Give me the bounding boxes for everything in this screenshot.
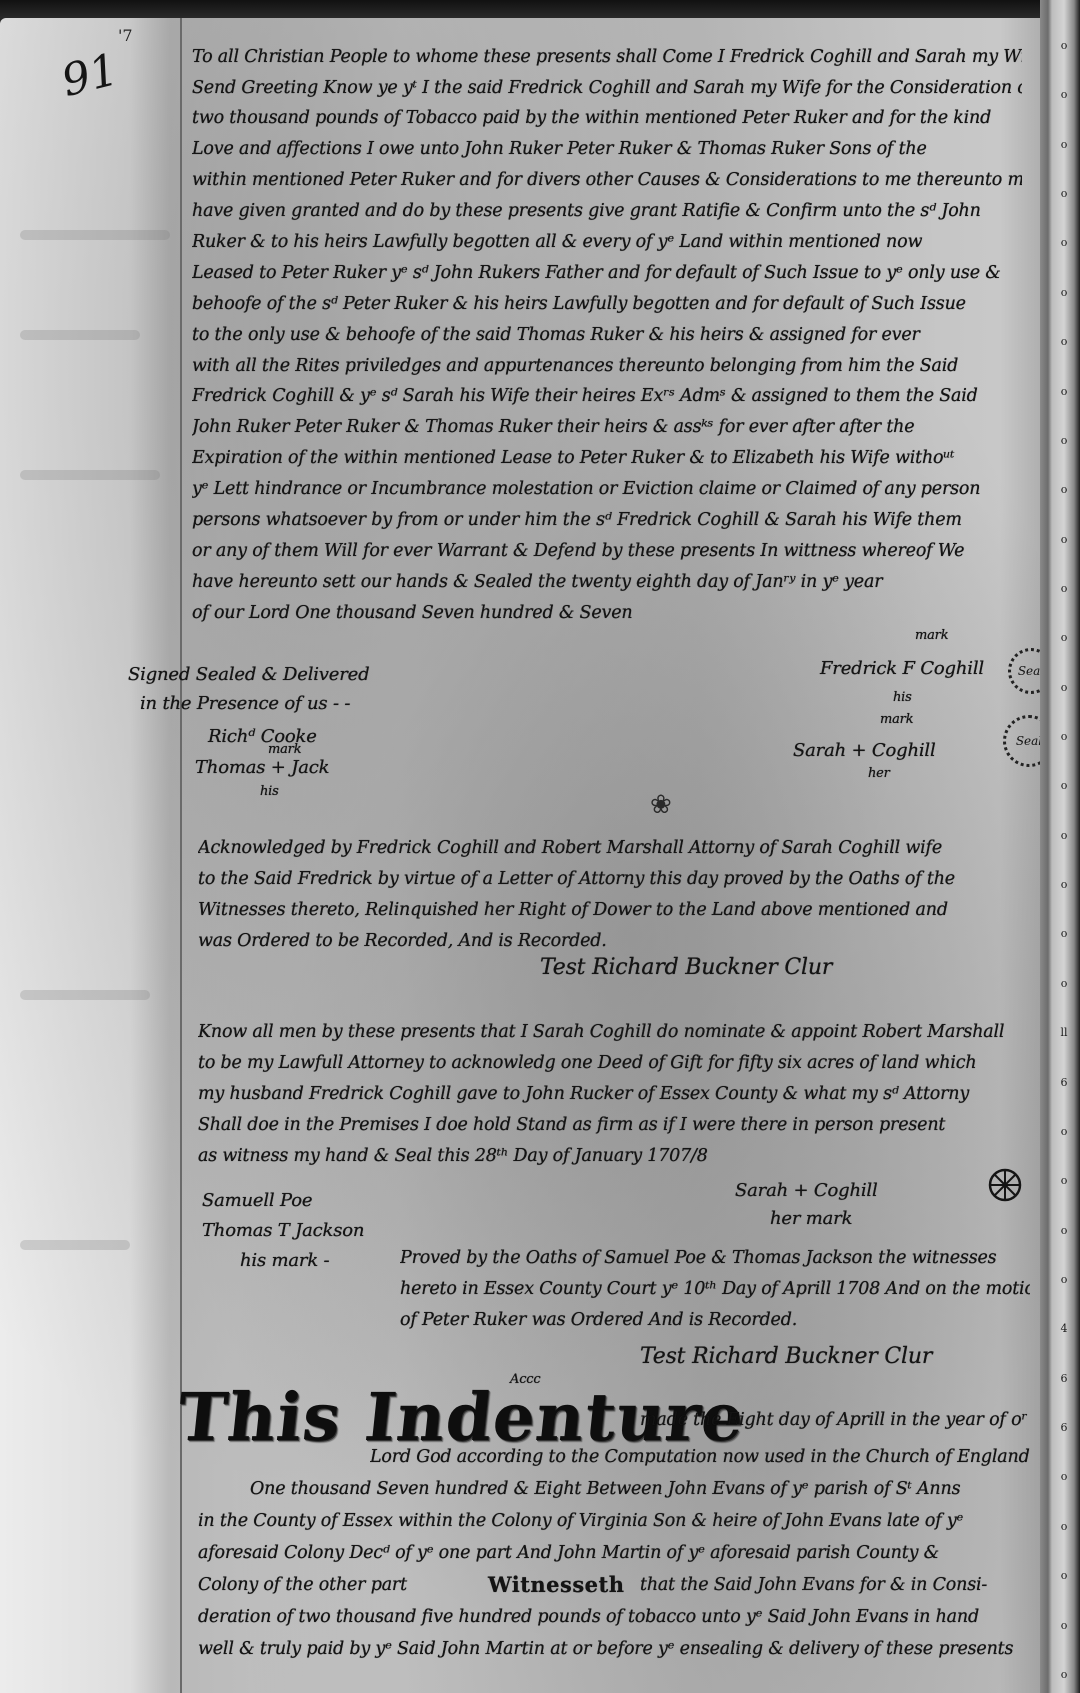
spine-tick: o [1056, 830, 1072, 841]
bleed-through-mark [20, 330, 140, 340]
spine-tick: o [1056, 1225, 1072, 1236]
grantor-mark-label: mark [915, 628, 948, 643]
text-line: was Ordered to be Recorded, And is Recor… [198, 931, 1028, 951]
text-line: my husband Fredrick Coghill gave to John… [198, 1084, 1028, 1104]
page-number-note: '7 [118, 26, 133, 45]
witness-mark-label: his mark - [240, 1250, 329, 1271]
text-line: well & truly paid by yᵉ Said John Martin… [198, 1639, 1028, 1659]
text-line: Colony of the other part [198, 1575, 407, 1595]
spine-tick: o [1056, 583, 1072, 594]
spine-tick: o [1056, 237, 1072, 248]
text-line: Fredrick Coghill & yᵉ sᵈ Sarah his Wife … [192, 386, 1022, 406]
spine-tick: o [1056, 1126, 1072, 1137]
ink-blot-ornament-icon: ❀ [650, 790, 672, 820]
spine-tick: 6 [1056, 1373, 1072, 1384]
spine-tick: o [1056, 89, 1072, 100]
text-line: Know all men by these presents that I Sa… [198, 1022, 1028, 1042]
text-line: John Ruker Peter Ruker & Thomas Ruker th… [192, 417, 1022, 437]
text-line: One thousand Seven hundred & Eight Betwe… [250, 1479, 1030, 1499]
spine-tick: o [1056, 632, 1072, 643]
text-line: persons whatsoever by from or under him … [192, 510, 1022, 530]
text-line: deration of two thousand five hundred po… [198, 1607, 1028, 1627]
spine-tick: o [1056, 386, 1072, 397]
text-line: Love and affections I owe unto John Ruke… [192, 139, 1022, 159]
text-line: that the Said John Evans for & in Consi- [640, 1575, 987, 1595]
witness-mark-label: his [260, 784, 279, 799]
spine-tick: o [1056, 682, 1072, 693]
text-line: Lord God according to the Computation no… [370, 1447, 1030, 1467]
text-line: within mentioned Peter Ruker and for div… [192, 170, 1022, 190]
spine-tick: o [1056, 484, 1072, 495]
book-spine: ooooooooooooooooooooll6oooo466ooooo [1040, 0, 1080, 1693]
spine-tick: o [1056, 1471, 1072, 1482]
spine-tick: o [1056, 139, 1072, 150]
text-line: hereto in Essex County Court yᵉ 10ᵗʰ Day… [400, 1279, 1030, 1299]
spine-tick: o [1056, 1669, 1072, 1680]
spine-tick: 4 [1056, 1323, 1072, 1334]
bleed-through-mark [20, 470, 160, 480]
text-line: behoofe of the sᵈ Peter Ruker & his heir… [192, 294, 1022, 314]
spine-tick: 6 [1056, 1422, 1072, 1433]
text-line: Acknowledged by Fredrick Coghill and Rob… [198, 838, 1028, 858]
spine-tick: o [1056, 1620, 1072, 1631]
spine-tally-column: ooooooooooooooooooooll6oooo466ooooo [1056, 40, 1072, 1680]
spine-tick: o [1056, 287, 1072, 298]
spine-tick: o [1056, 978, 1072, 989]
text-line: yᵉ Lett hindrance or Incumbrance molesta… [192, 479, 1022, 499]
grantor-mark-label: mark [880, 712, 913, 727]
text-line: with all the Rites priviledges and appur… [192, 356, 1022, 376]
text-line: of Peter Ruker was Ordered And is Record… [400, 1310, 1030, 1330]
grantor-signature: Sarah + Coghill [735, 1180, 878, 1201]
title-annotation: Accc [510, 1372, 540, 1387]
text-line: Leased to Peter Ruker yᵉ sᵈ John Rukers … [192, 263, 1022, 283]
bleed-through-mark [20, 1240, 130, 1250]
spine-tick: o [1056, 928, 1072, 939]
grantor-signature: Fredrick F Coghill [820, 658, 984, 679]
witness-name: Samuell Poe [202, 1190, 312, 1211]
text-line: have given granted and do by these prese… [192, 201, 1022, 221]
grantor-mark-label: her [868, 766, 890, 781]
spine-tick: o [1056, 879, 1072, 890]
grantor-signature: Sarah + Coghill [793, 740, 936, 761]
witnesseth-heading: Witnesseth [488, 1572, 625, 1597]
text-line: To all Christian People to whome these p… [192, 47, 1022, 67]
text-line: Proved by the Oaths of Samuel Poe & Thom… [400, 1248, 1030, 1268]
spine-tick: o [1056, 1570, 1072, 1581]
text-line: Witnesses thereto, Relinquished her Righ… [198, 900, 1028, 920]
spine-tick: o [1056, 188, 1072, 199]
seal-label: Seal [1016, 734, 1042, 748]
text-line: to the only use & behoofe of the said Th… [192, 325, 1022, 345]
spine-tick: o [1056, 435, 1072, 446]
clerk-signature: Test Richard Buckner Clur [540, 955, 832, 980]
text-line: Expiration of the within mentioned Lease… [192, 448, 1022, 468]
text-line: Send Greeting Know ye yᵗ I the said Fred… [192, 78, 1022, 98]
spine-tick: o [1056, 1274, 1072, 1285]
spine-tick: o [1056, 40, 1072, 51]
text-line: have hereunto sett our hands & Sealed th… [192, 572, 1022, 592]
spine-tick: o [1056, 1175, 1072, 1186]
spine-tick: o [1056, 336, 1072, 347]
witness-mark-label: mark [268, 742, 301, 757]
witness-name: Thomas + Jack [195, 757, 329, 778]
text-line: or any of them Will for ever Warrant & D… [192, 541, 1022, 561]
grantor-mark-label: his [893, 690, 912, 705]
clerk-signature: Test Richard Buckner Clur [640, 1344, 932, 1369]
text-line: of our Lord One thousand Seven hundred &… [192, 603, 1022, 623]
wheel-seal-icon [988, 1168, 1022, 1202]
text-line: to be my Lawfull Attorney to acknowledg … [198, 1053, 1028, 1073]
presence-label: in the Presence of us - - [140, 693, 350, 714]
spine-tick: o [1056, 731, 1072, 742]
grantor-mark-label: her mark [770, 1208, 852, 1229]
spine-tick: o [1056, 1521, 1072, 1532]
bleed-through-mark [20, 230, 170, 240]
text-line: Ruker & to his heirs Lawfully begotten a… [192, 232, 1022, 252]
spine-tick: ll [1056, 1027, 1072, 1038]
text-line: in the County of Essex within the Colony… [198, 1511, 1028, 1531]
bleed-through-mark [20, 990, 150, 1000]
signed-sealed-label: Signed Sealed & Delivered [128, 664, 369, 685]
text-line: Shall doe in the Premises I doe hold Sta… [198, 1115, 1028, 1135]
witness-name: Thomas T Jackson [202, 1220, 364, 1241]
spine-tick: o [1056, 534, 1072, 545]
spine-tick: o [1056, 780, 1072, 791]
text-line: two thousand pounds of Tobacco paid by t… [192, 108, 1022, 128]
spine-tick: 6 [1056, 1077, 1072, 1088]
text-line: to the Said Fredrick by virtue of a Lett… [198, 869, 1028, 889]
text-line: made the Eight day of Aprill in the year… [640, 1410, 1030, 1430]
text-line: as witness my hand & Seal this 28ᵗʰ Day … [198, 1146, 1028, 1166]
text-line: aforesaid Colony Decᵈ of yᵉ one part And… [198, 1543, 1028, 1563]
